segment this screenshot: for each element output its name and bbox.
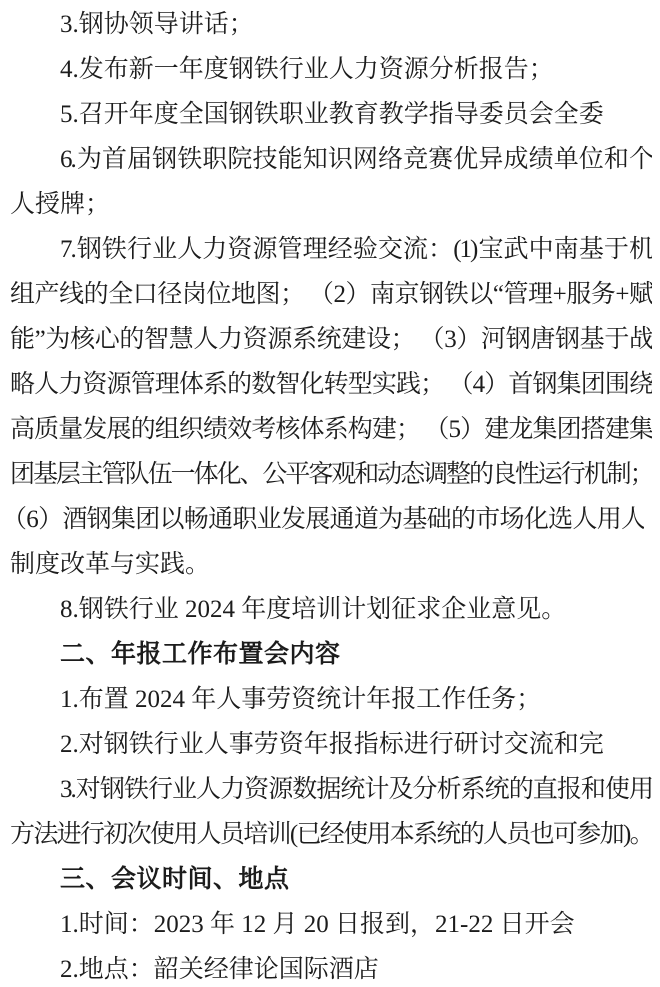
item-8: 8.钢铁行业 2024 年度培训计划征求企业意见。 [10, 587, 652, 632]
item-7-line-2: 组产线的全口径岗位地图； （2）南京钢铁以“管理+服务+赋 [10, 272, 652, 317]
section-3-heading: 三、会议时间、地点 [10, 857, 652, 902]
item-7-line-7: （6）酒钢集团以畅通职业发展通道为基础的市场化选人用人 [2, 497, 644, 542]
item-7-line-3: 能”为核心的智慧人力资源系统建设； （3）河钢唐钢基于战 [10, 317, 652, 362]
item-4: 4.发布新一年度钢铁行业人力资源分析报告； [10, 47, 652, 92]
section-3-item-1-time: 1.时间：2023 年 12 月 20 日报到，21-22 日开会 [10, 902, 652, 947]
item-7-line-5: 高质量发展的组织绩效考核体系构建； （5）建龙集团搭建集 [10, 407, 652, 452]
section-2-item-3-line-2: 方法进行初次使用人员培训(已经使用本系统的人员也可参加)。 [10, 812, 652, 857]
document-page: 3.钢协领导讲话； 4.发布新一年度钢铁行业人力资源分析报告； 5.召开年度全国… [0, 0, 660, 987]
item-5: 5.召开年度全国钢铁职业教育教学指导委员会全委会； [10, 92, 652, 137]
section-2-item-3-line-1: 3.对钢铁行业人力资源数据统计及分析系统的直报和使用 [10, 767, 652, 812]
section-2-heading: 二、年报工作布置会内容 [10, 632, 652, 677]
section-2-item-2: 2.对钢铁行业人事劳资年报指标进行研讨交流和完善； [10, 722, 652, 767]
item-7-line-4: 略人力资源管理体系的数智化转型实践； （4）首钢集团围绕 [10, 362, 652, 407]
item-7-line-8: 制度改革与实践。 [10, 542, 652, 587]
item-6-line-2: 人授牌； [10, 182, 652, 227]
item-7-line-6: 团基层主管队伍一体化、公平客观和动态调整的良性运行机制； [10, 452, 652, 497]
item-6-line-1: 6.为首届钢铁职院技能知识网络竞赛优异成绩单位和个 [10, 137, 652, 182]
section-2-item-1: 1.布置 2024 年人事劳资统计年报工作任务； [10, 677, 652, 722]
item-7-line-1: 7.钢铁行业人力资源管理经验交流：(1)宝武中南基于机 [10, 227, 652, 272]
section-3-item-2-location: 2.地点：韶关经律论国际酒店 [10, 947, 652, 987]
item-3: 3.钢协领导讲话； [10, 2, 652, 47]
